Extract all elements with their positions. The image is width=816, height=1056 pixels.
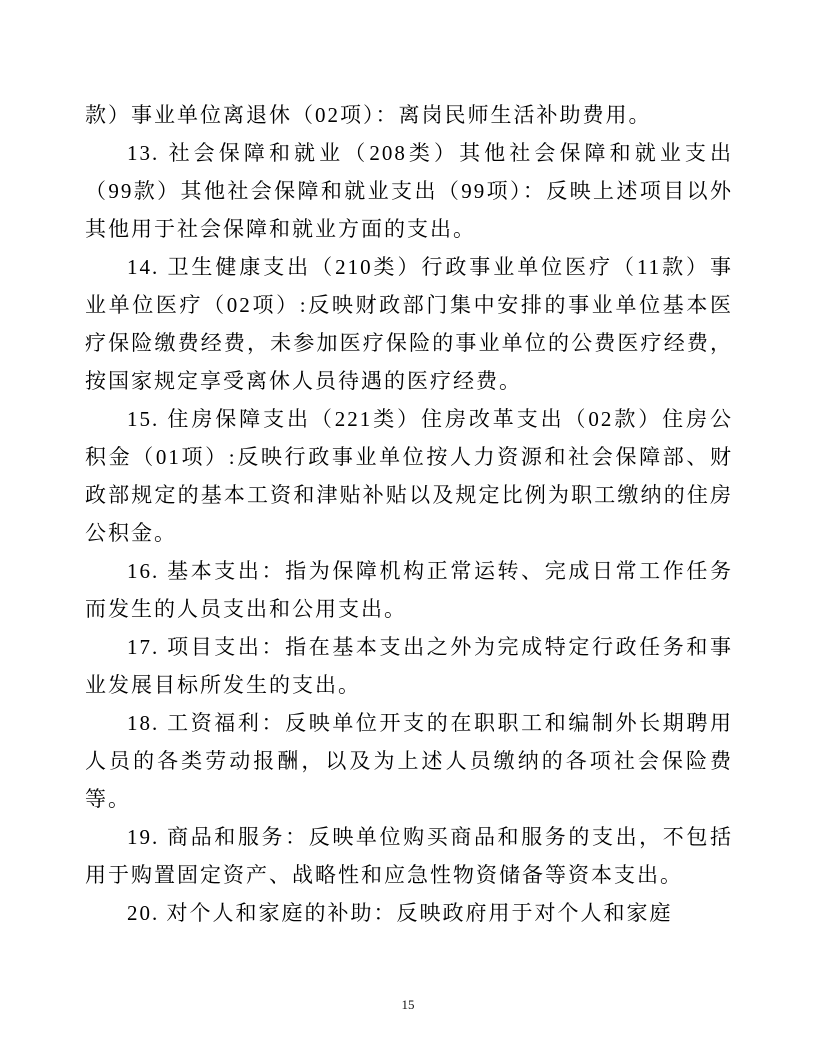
paragraph-item-13: 13. 社会保障和就业（208类）其他社会保障和就业支出（99款）其他社会保障和… — [85, 134, 733, 248]
paragraph-item-19: 19. 商品和服务：反映单位购买商品和服务的支出，不包括用于购置固定资产、战略性… — [85, 818, 733, 894]
paragraph-continuation-item12: 款）事业单位离退休（02项）：离岗民师生活补助费用。 — [85, 96, 733, 134]
paragraph-item-14: 14. 卫生健康支出（210类）行政事业单位医疗（11款）事业单位医疗（02项）… — [85, 248, 733, 400]
document-page: 款）事业单位离退休（02项）：离岗民师生活补助费用。 13. 社会保障和就业（2… — [0, 0, 816, 1056]
paragraph-item-18: 18. 工资福利：反映单位开支的在职职工和编制外长期聘用人员的各类劳动报酬，以及… — [85, 704, 733, 818]
paragraph-item-20: 20. 对个人和家庭的补助：反映政府用于对个人和家庭 — [85, 894, 733, 932]
page-footer: 15 — [0, 996, 816, 1014]
paragraph-item-17: 17. 项目支出：指在基本支出之外为完成特定行政任务和事业发展目标所发生的支出。 — [85, 628, 733, 704]
text-block: 款）事业单位离退休（02项）：离岗民师生活补助费用。 13. 社会保障和就业（2… — [85, 96, 733, 932]
paragraph-item-16: 16. 基本支出：指为保障机构正常运转、完成日常工作任务而发生的人员支出和公用支… — [85, 552, 733, 628]
paragraph-item-15: 15. 住房保障支出（221类）住房改革支出（02款）住房公积金（01项）:反映… — [85, 400, 733, 552]
page-number: 15 — [402, 997, 415, 1012]
